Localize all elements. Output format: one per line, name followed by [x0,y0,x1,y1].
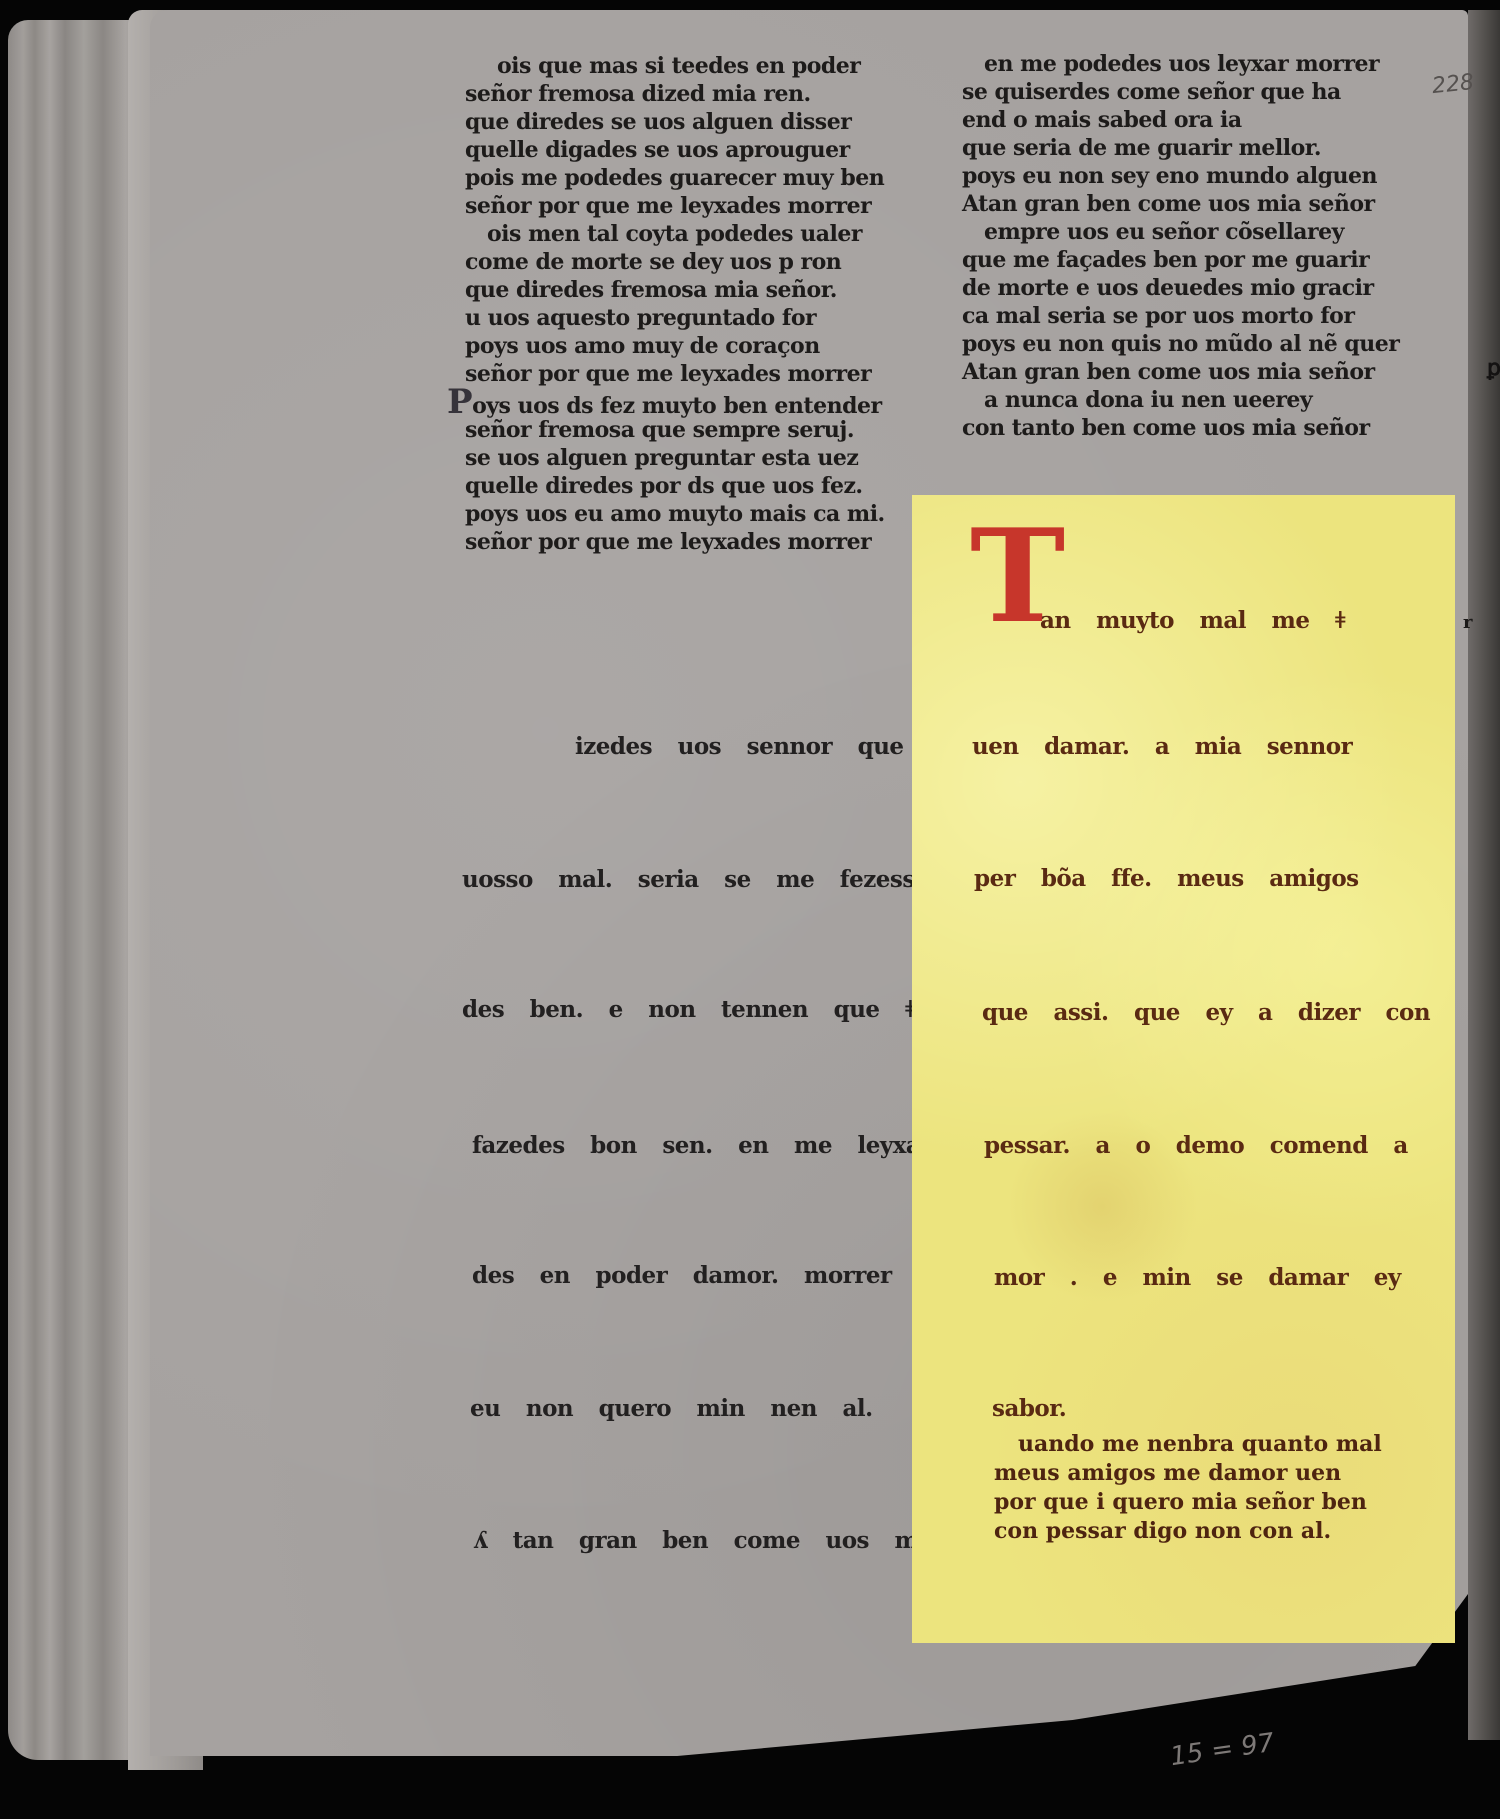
text-line: u uos aquesto preguntado for [465,304,885,332]
text-line: que seria de me guarir mellor. [962,134,1399,162]
text-line-with-initial: Atan gran ben come uos mia señor [962,190,1399,218]
lyric-line: pessar. a o demo comend a [984,1132,1408,1159]
text-line: come de morte se dey uos p ron [465,248,885,276]
text-line: con tanto ben come uos mia señor [962,414,1399,442]
text-line: señor por que me leyxades morrer [465,360,885,388]
text-line: que diredes fremosa mia señor. [465,276,885,304]
text-line: empre uos eu señor cõsellarey [962,218,1399,246]
text-line-with-initial: Atan gran ben come uos mia señor [962,358,1399,386]
text-line: por que i quero mia señor ben [994,1488,1382,1517]
text-line: end o mais sabed ora ia [962,106,1399,134]
panel-prose: uando me nenbra quanto mal meus amigos m… [994,1430,1382,1546]
lyric-line: per bõa ffe. meus amigos [974,865,1359,892]
text-line: que me façades ben por me guarir [962,246,1399,274]
right-column-prose: en me podedes uos leyxar morrer se quise… [962,50,1399,442]
text-line: poys uos eu amo muyto mais ca mi. [465,500,885,528]
text-line: en me podedes uos leyxar morrer [962,50,1399,78]
text-line: poys eu non quis no mũdo al nẽ quer [962,330,1399,358]
lyric-line: fazedes bon sen. en me leyxar [472,1132,932,1159]
text-line: ois men tal coyta podedes ualer [465,220,885,248]
text-line: de morte e uos deuedes mio gracir [962,274,1399,302]
text-line: pois me podedes guarecer muy ben [465,164,885,192]
text-line: poys eu non sey eno mundo alguen [962,162,1399,190]
folio-number: 228 [1431,70,1475,99]
text-line: a nunca dona iu nen ueerey [962,386,1399,414]
lyric-line: des en poder damor. morrer poys [472,1262,973,1289]
lyric-line: uen damar. a mia sennor [972,733,1352,760]
text-line: se uos alguen preguntar esta uez [465,444,885,472]
text-line-with-initial: Poys uos ds fez muyto ben entender [465,388,885,416]
lyric-line: eu non quero min nen al. [470,1395,873,1422]
lyric-line: que assi. que ey a dizer con [982,999,1430,1026]
text-line: poys uos amo muy de coraçon [465,332,885,360]
lyric-line: sabor. [992,1395,1066,1422]
lyric-line: des ben. e non tennen que ǂ [462,996,915,1023]
text-line: se quiserdes come señor que ha [962,78,1399,106]
lyric-line: uosso mal. seria se me fezesse [462,866,929,893]
text-line: señor por que me leyxades morrer [465,192,885,220]
text-line: meus amigos me damor uen [994,1459,1382,1488]
lyric-line: an muyto mal me ǂ [1040,607,1345,634]
text-line: quelle digades se uos aprouguer [465,136,885,164]
lyric-line: izedes uos sennor que [575,733,904,760]
text-line: uando me nenbra quanto mal [994,1430,1382,1459]
text-line: que diredes se uos alguen disser [465,108,885,136]
left-column-prose: ois que mas si teedes en poder señor fre… [465,52,885,556]
pencil-annotation: 15 = 97 [1168,1728,1276,1772]
text-line: ca mal seria se por uos morto for [962,302,1399,330]
margin-mark-r: r [1463,612,1472,633]
lyric-line: mor . e min se damar ey [994,1264,1401,1291]
margin-mark-p: ꝑ [1487,355,1500,381]
text-line: con pessar digo non con al. [994,1517,1382,1546]
text-line: quelle diredes por ds que uos fez. [465,472,885,500]
text-line: ois que mas si teedes en poder [465,52,885,80]
text-line: señor fremosa dized mia ren. [465,80,885,108]
highlighted-region: T an muyto mal me ǂ uen damar. a mia sen… [912,495,1455,1643]
book-spine-gutter [1468,10,1500,1740]
text-line: señor por que me leyxades morrer [465,528,885,556]
text-line: señor fremosa que sempre seruj. [465,416,885,444]
